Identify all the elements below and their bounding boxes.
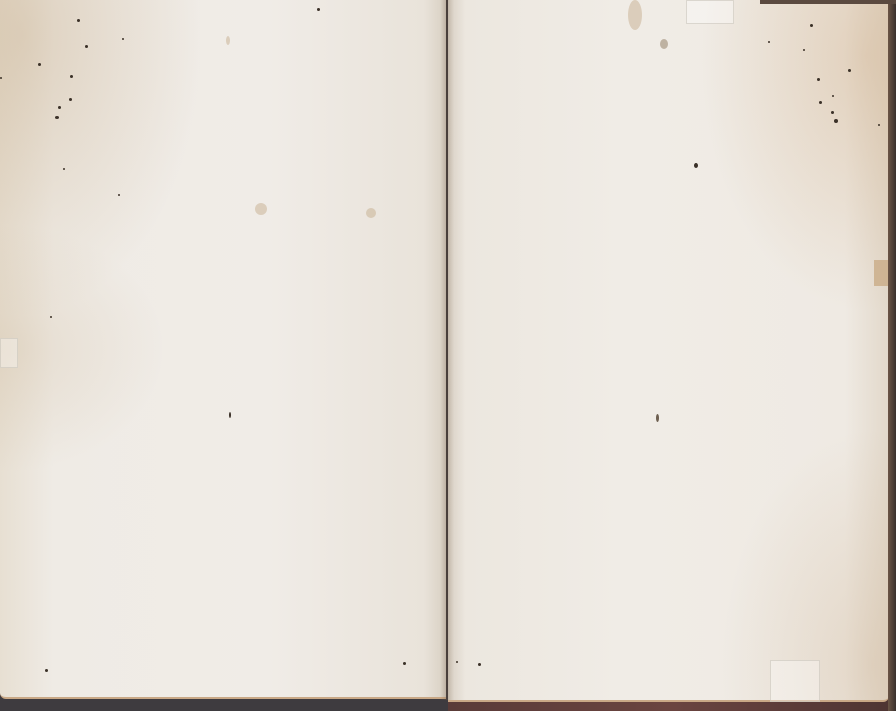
foxing-spot — [63, 168, 65, 170]
book-gutter — [440, 0, 454, 700]
tape-fragment — [686, 0, 734, 24]
foxing-spot — [817, 78, 820, 81]
foxing-spot — [403, 662, 406, 665]
paper-stain — [366, 208, 376, 218]
foxing-spot — [45, 669, 48, 672]
foxing-spot — [55, 116, 59, 119]
foxing-spot — [70, 75, 73, 78]
foxing-spot — [832, 95, 834, 97]
foxing-spot — [694, 163, 698, 168]
paper-stain — [660, 39, 668, 49]
foxing-spot — [58, 106, 61, 109]
paper-stain — [628, 0, 642, 30]
foxing-spot — [456, 661, 458, 663]
foxing-spot — [317, 8, 320, 11]
foxing-spot — [69, 98, 72, 101]
foxing-spot — [38, 63, 41, 66]
foxing-spot — [810, 24, 813, 27]
foxing-spot — [803, 49, 805, 51]
paper-repair-patch — [874, 260, 889, 286]
open-book-photo: Left blank endpaper Right blank endpaper — [0, 0, 896, 711]
foxing-spot — [229, 412, 231, 418]
paper-stain — [255, 203, 267, 215]
paper-stain — [226, 36, 230, 45]
foxing-spot — [122, 38, 124, 40]
foxing-spot — [85, 45, 88, 48]
tape-fragment — [0, 338, 18, 368]
tape-fragment — [770, 660, 820, 702]
foxing-spot — [118, 194, 120, 196]
left-page: Left blank endpaper — [0, 0, 446, 699]
foxing-spot — [878, 124, 880, 126]
foxing-spot — [77, 19, 80, 22]
foxing-spot — [478, 663, 481, 666]
book-cover-edge-top — [760, 0, 896, 4]
foxing-spot — [834, 119, 838, 123]
foxing-spot — [656, 414, 659, 422]
foxing-spot — [0, 77, 2, 79]
foxing-spot — [819, 101, 822, 104]
right-page: Right blank endpaper — [448, 0, 889, 702]
foxing-spot — [848, 69, 851, 72]
foxing-spot — [50, 316, 52, 318]
book-cover-edge — [888, 0, 896, 711]
foxing-spot — [768, 41, 770, 43]
foxing-spot — [831, 111, 834, 114]
